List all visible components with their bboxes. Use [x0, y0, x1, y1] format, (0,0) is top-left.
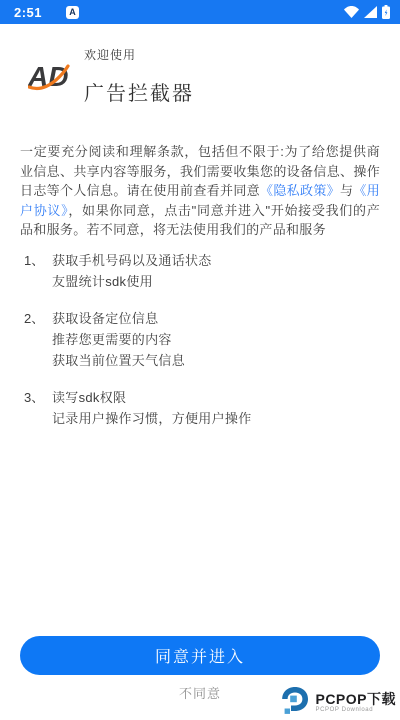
intro-conjunction: 与 [340, 183, 353, 198]
pcpop-watermark: PCPOP下载 PCPOP Download [280, 685, 398, 719]
permission-title: 读写sdk权限 [52, 387, 252, 408]
wifi-icon [344, 6, 359, 18]
terms-intro-paragraph: 一定要充分阅读和理解条款，包括但不限于:为了给您提供商业信息、共享内容等服务，我… [20, 142, 380, 240]
welcome-label: 欢迎使用 [84, 46, 194, 63]
pcpop-logo-icon [282, 686, 312, 718]
permission-item: 3、 读写sdk权限 记录用户操作习惯，方便用户操作 [24, 387, 380, 429]
permission-title: 获取设备定位信息 [52, 308, 185, 329]
battery-icon [382, 5, 390, 19]
permission-detail: 获取当前位置天气信息 [52, 350, 185, 371]
permission-number: 1、 [24, 250, 52, 292]
permission-number: 3、 [24, 387, 52, 429]
ad-logo-icon: AD [28, 56, 70, 100]
cellular-signal-icon [364, 6, 377, 18]
permission-detail: 推荐您更需要的内容 [52, 329, 185, 350]
watermark-subtitle: PCPOP Download [315, 707, 396, 713]
status-bar: 2:51 A [0, 0, 400, 24]
privacy-policy-link[interactable]: 《隐私政策》 [260, 183, 340, 198]
app-header: AD 欢迎使用 广告拦截器 [28, 46, 380, 106]
permission-list: 1、 获取手机号码以及通话状态 友盟统计sdk使用 2、 获取设备定位信息 推荐… [24, 250, 380, 445]
status-time: 2:51 [14, 5, 42, 20]
permission-title: 获取手机号码以及通话状态 [52, 250, 212, 271]
app-screen: 2:51 A AD 欢迎使用 广告拦截器 [0, 0, 400, 720]
app-name: 广告拦截器 [84, 77, 194, 106]
permission-item: 1、 获取手机号码以及通话状态 友盟统计sdk使用 [24, 250, 380, 292]
notification-icon: A [66, 6, 79, 19]
permission-detail: 记录用户操作习惯，方便用户操作 [52, 408, 252, 429]
intro-text-2: ，如果你同意，点击"同意并进入"开始接受我们的产品和服务。若不同意，将无法使用我… [20, 203, 380, 238]
agree-button[interactable]: 同意并进入 [20, 636, 380, 675]
watermark-title: PCPOP下载 [315, 692, 396, 707]
permission-number: 2、 [24, 308, 52, 371]
permission-detail: 友盟统计sdk使用 [52, 271, 212, 292]
app-logo: AD [28, 56, 70, 100]
permission-item: 2、 获取设备定位信息 推荐您更需要的内容 获取当前位置天气信息 [24, 308, 380, 371]
